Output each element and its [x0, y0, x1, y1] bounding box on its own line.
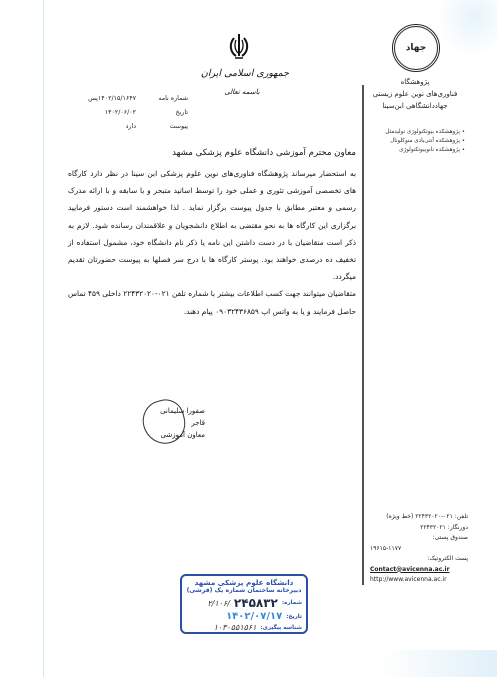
signer-name: صفورا سلیمانی قاجر: [145, 405, 205, 429]
stamp-number-label: شماره:: [282, 600, 302, 606]
stamp-number-row: شماره: ۲۴۵۸۳۲ /۲/۱۰۶: [186, 596, 302, 610]
stamp-number-value: ۲۴۵۸۳۲: [234, 596, 278, 610]
department-item: پژوهشکده بیوتکنولوژی تولیدمثل: [365, 128, 465, 137]
org-name: پژوهشگاه فناوری‌های نوین علوم زیستی جهاد…: [360, 76, 470, 112]
meta-number-row: شماره نامه ۱۴۰۲/۱۵/۱۶۴۷پس: [68, 92, 188, 106]
stamp-date-row: تاریخ: ۱۴۰۲/۰۷/۱۷: [186, 611, 302, 622]
paragraph: به استحضار میرساند پژوهشگاه فناوری‌های ن…: [68, 165, 356, 285]
stamp-date-label: تاریخ:: [286, 614, 302, 620]
number-value: ۱۴۰۲/۱۵/۱۶۴۷پس: [68, 92, 136, 106]
number-label: شماره نامه: [138, 92, 188, 106]
org-name-line-2: فناوری‌های نوین علوم زیستی: [360, 88, 470, 100]
signature-block: صفورا سلیمانی قاجر معاون آموزشی: [145, 405, 205, 441]
email-label: پست الکترونیک:: [370, 554, 468, 565]
attachment-value: دارد: [68, 120, 136, 134]
registry-stamp: دانشگاه علوم پزشکی مشهد دبیرخانه ساختمان…: [180, 574, 308, 634]
salutation: معاون محترم آموزشی دانشگاه علوم پزشکی مش…: [68, 146, 356, 160]
org-name-line-1: پژوهشگاه: [360, 76, 470, 88]
stamp-tracking-label: شناسه پیگیری:: [261, 625, 303, 631]
po-box-label: صندوق پستی:: [370, 533, 468, 544]
contact-block: تلفن: ۰۲۱-۲۲۴۳۲۰۲۰ (خط ویژه) دورنگار: ۲۲…: [370, 512, 468, 586]
scan-tint-bottom: [380, 650, 497, 677]
letter-body: معاون محترم آموزشی دانشگاه علوم پزشکی مش…: [68, 146, 356, 320]
stamp-date-value: ۱۴۰۲/۰۷/۱۷: [226, 611, 282, 622]
bismillah: باسمه تعالی: [222, 88, 262, 96]
stamp-number-extra: /۲/۱۰۶: [207, 599, 230, 608]
department-list: پژوهشکده بیوتکنولوژی تولیدمثل پژوهشکده آ…: [365, 128, 465, 155]
stamp-tracking-value: ۱۰۳۰۵۵۱۵۶۱: [214, 623, 257, 632]
date-label: تاریخ: [138, 106, 188, 120]
department-item: پژوهشکده نانوبیوتکنولوژی: [365, 146, 465, 155]
stamp-tracking-row: شناسه پیگیری: ۱۰۳۰۵۵۱۵۶۱: [186, 623, 302, 632]
po-box-value: ۱۹۶۱۵-۱۱۷۷: [370, 544, 468, 555]
letterhead-divider: [362, 85, 364, 585]
letter-paragraphs: به استحضار میرساند پژوهشگاه فناوری‌های ن…: [68, 165, 356, 320]
iran-emblem-icon: [228, 32, 250, 62]
paragraph: متقاضیان میتوانند جهت کسب اطلاعات بیشتر …: [68, 285, 356, 319]
date-value: ۱۴۰۲/۰۶/۰۲: [68, 106, 136, 120]
department-item: پژوهشکده آنتی‌بادی منوکلونال: [365, 137, 465, 146]
website-link[interactable]: http://www.avicenna.ac.ir: [370, 576, 447, 583]
stamp-title: دانشگاه علوم پزشکی مشهد: [186, 578, 302, 587]
stamp-subtitle: دبیرخانه ساختمان شماره یک (قرشی): [186, 587, 302, 595]
republic-title: جمهوری اسلامی ایران: [200, 68, 290, 79]
margin-line: [43, 0, 44, 677]
email-link[interactable]: Contact@avicenna.ac.ir: [370, 566, 450, 573]
contact-fax: دورنگار: ۲۲۴۳۲۰۲۱: [370, 523, 468, 534]
scan-tint: [440, 0, 497, 60]
attachment-label: پیوست: [138, 120, 188, 134]
org-logo-icon: جهاد: [392, 24, 440, 72]
letter-page: جهاد پژوهشگاه فناوری‌های نوین علوم زیستی…: [0, 0, 497, 677]
contact-phone: تلفن: ۰۲۱-۲۲۴۳۲۰۲۰ (خط ویژه): [370, 512, 468, 523]
org-name-line-3: جهاددانشگاهی ابن‌سینا: [360, 100, 470, 112]
meta-date-row: تاریخ ۱۴۰۲/۰۶/۰۲: [68, 106, 188, 120]
meta-attachment-row: پیوست دارد: [68, 120, 188, 134]
letter-meta: شماره نامه ۱۴۰۲/۱۵/۱۶۴۷پس تاریخ ۱۴۰۲/۰۶/…: [68, 92, 188, 134]
org-logo-text: جهاد: [406, 43, 426, 53]
signer-title: معاون آموزشی: [145, 429, 205, 441]
